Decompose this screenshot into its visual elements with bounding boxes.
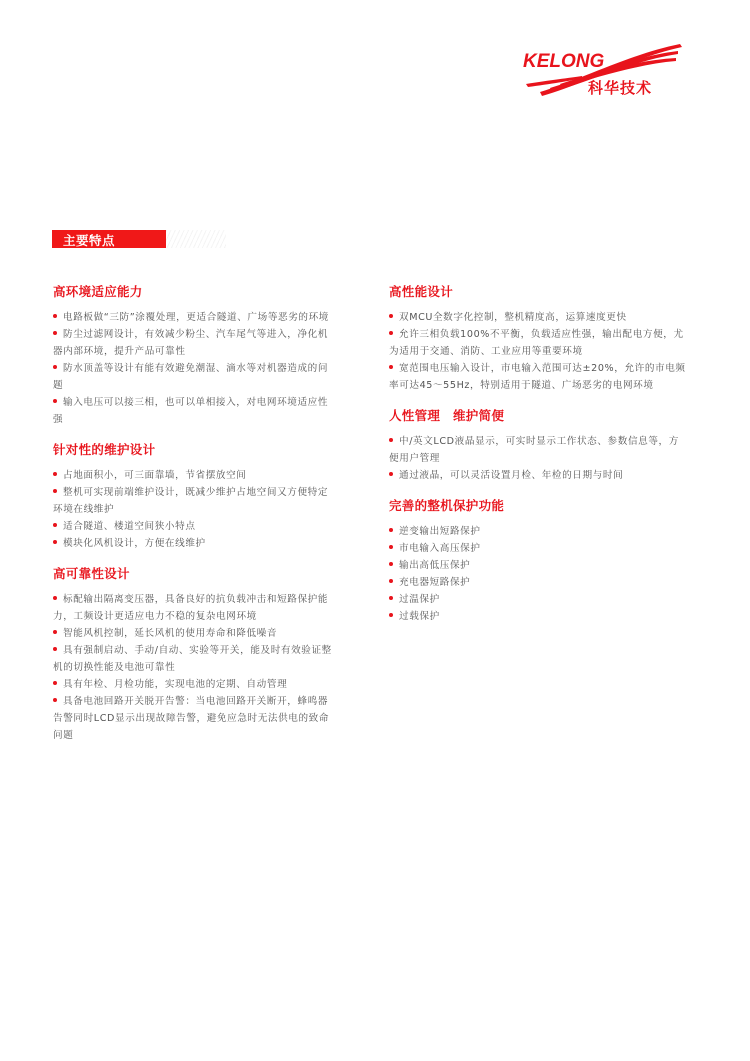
list-item: 标配输出隔离变压器，具备良好的抗负载冲击和短路保护能力，工频设计更适应电力不稳的… <box>53 591 333 625</box>
section-user-friendly-management: 人性管理 维护简便 中/英文LCD液晶显示，可实时显示工作状态、参数信息等，方便… <box>389 408 689 484</box>
section-heading: 高可靠性设计 <box>53 566 333 582</box>
bullet-icon <box>53 698 57 702</box>
section-maintenance-design: 针对性的维护设计 占地面积小，可三面靠墙，节省摆放空间 整机可实现前端维护设计，… <box>53 442 333 552</box>
list-item: 过载保护 <box>389 608 689 625</box>
bullet-icon <box>53 472 57 476</box>
list-item: 宽范围电压输入设计，市电输入范围可达±20%，允许的市电频率可达45～55Hz，… <box>389 360 689 394</box>
bullet-icon <box>53 399 57 403</box>
feature-list: 标配输出隔离变压器，具备良好的抗负载冲击和短路保护能力，工频设计更适应电力不稳的… <box>53 591 333 744</box>
bullet-icon <box>53 630 57 634</box>
bullet-icon <box>389 331 393 335</box>
list-item: 电路板做“三防”涂覆处理，更适合隧道、广场等恶劣的环境 <box>53 309 333 326</box>
bullet-icon <box>53 331 57 335</box>
bullet-icon <box>53 681 57 685</box>
bullet-icon <box>53 523 57 527</box>
section-heading: 高环境适应能力 <box>53 284 333 300</box>
list-item: 具有强制启动、手动/自动、实验等开关，能及时有效验证整机的切换性能及电池可靠性 <box>53 642 333 676</box>
bullet-icon <box>53 540 57 544</box>
list-item: 通过液晶，可以灵活设置月检、年检的日期与时间 <box>389 467 689 484</box>
list-item: 输出高低压保护 <box>389 557 689 574</box>
feature-list: 中/英文LCD液晶显示，可实时显示工作状态、参数信息等，方便用户管理 通过液晶，… <box>389 433 689 484</box>
brand-name-en: KELONG <box>523 51 604 73</box>
list-item: 适合隧道、楼道空间狭小特点 <box>53 518 333 535</box>
bullet-icon <box>53 489 57 493</box>
bullet-icon <box>389 613 393 617</box>
list-item: 整机可实现前端维护设计，既减少维护占地空间又方便特定环境在线维护 <box>53 484 333 518</box>
bullet-icon <box>389 528 393 532</box>
section-heading: 针对性的维护设计 <box>53 442 333 458</box>
feature-list: 双MCU全数字化控制，整机精度高，运算速度更快 允许三相负载100%不平衡，负载… <box>389 309 689 394</box>
list-item: 输入电压可以接三相，也可以单相接入，对电网环境适应性强 <box>53 394 333 428</box>
left-column: 高环境适应能力 电路板做“三防”涂覆处理，更适合隧道、广场等恶劣的环境 防尘过滤… <box>53 284 333 758</box>
bullet-icon <box>389 314 393 318</box>
bullet-icon <box>389 596 393 600</box>
bullet-icon <box>53 314 57 318</box>
list-item: 智能风机控制，延长风机的使用寿命和降低噪音 <box>53 625 333 642</box>
bullet-icon <box>389 545 393 549</box>
list-item: 防水顶盖等设计有能有效避免潮湿、滴水等对机器造成的问题 <box>53 360 333 394</box>
list-item: 充电器短路保护 <box>389 574 689 591</box>
section-reliability-design: 高可靠性设计 标配输出隔离变压器，具备良好的抗负载冲击和短路保护能力，工频设计更… <box>53 566 333 744</box>
list-item: 具备电池回路开关脱开告警：当电池回路开关断开，蜂鸣器告警同时LCD显示出现故障告… <box>53 693 333 744</box>
bullet-icon <box>53 647 57 651</box>
right-column: 高性能设计 双MCU全数字化控制，整机精度高，运算速度更快 允许三相负载100%… <box>389 284 689 639</box>
bullet-icon <box>53 365 57 369</box>
brand-name-cn: 科华技术 <box>588 77 652 98</box>
banner-title: 主要特点 <box>63 231 115 249</box>
list-item: 市电输入高压保护 <box>389 540 689 557</box>
feature-list: 逆变输出短路保护 市电输入高压保护 输出高低压保护 充电器短路保护 过温保护 过… <box>389 523 689 625</box>
section-heading: 高性能设计 <box>389 284 689 300</box>
list-item: 中/英文LCD液晶显示，可实时显示工作状态、参数信息等，方便用户管理 <box>389 433 689 467</box>
list-item: 双MCU全数字化控制，整机精度高，运算速度更快 <box>389 309 689 326</box>
section-performance-design: 高性能设计 双MCU全数字化控制，整机精度高，运算速度更快 允许三相负载100%… <box>389 284 689 394</box>
list-item: 防尘过滤网设计，有效减少粉尘、汽车尾气等进入，净化机器内部环境，提升产品可靠性 <box>53 326 333 360</box>
bullet-icon <box>389 472 393 476</box>
list-item: 过温保护 <box>389 591 689 608</box>
list-item: 模块化风机设计，方便在线维护 <box>53 535 333 552</box>
list-item: 具有年检、月检功能，实现电池的定期、自动管理 <box>53 676 333 693</box>
banner-hatch-decoration <box>166 230 226 248</box>
bullet-icon <box>389 438 393 442</box>
section-heading: 人性管理 维护简便 <box>389 408 689 424</box>
section-protection-functions: 完善的整机保护功能 逆变输出短路保护 市电输入高压保护 输出高低压保护 充电器短… <box>389 498 689 625</box>
bullet-icon <box>389 365 393 369</box>
section-heading: 完善的整机保护功能 <box>389 498 689 514</box>
section-environment-adaptability: 高环境适应能力 电路板做“三防”涂覆处理，更适合隧道、广场等恶劣的环境 防尘过滤… <box>53 284 333 428</box>
bullet-icon <box>53 596 57 600</box>
bullet-icon <box>389 562 393 566</box>
kelong-logo: KELONG 科华技术 <box>520 40 690 102</box>
bullet-icon <box>389 579 393 583</box>
feature-list: 占地面积小，可三面靠墙，节省摆放空间 整机可实现前端维护设计，既减少维护占地空间… <box>53 467 333 552</box>
list-item: 逆变输出短路保护 <box>389 523 689 540</box>
section-banner: 主要特点 <box>52 230 166 248</box>
feature-list: 电路板做“三防”涂覆处理，更适合隧道、广场等恶劣的环境 防尘过滤网设计，有效减少… <box>53 309 333 428</box>
list-item: 允许三相负载100%不平衡，负载适应性强，输出配电方便，尤为适用于交通、消防、工… <box>389 326 689 360</box>
list-item: 占地面积小，可三面靠墙，节省摆放空间 <box>53 467 333 484</box>
